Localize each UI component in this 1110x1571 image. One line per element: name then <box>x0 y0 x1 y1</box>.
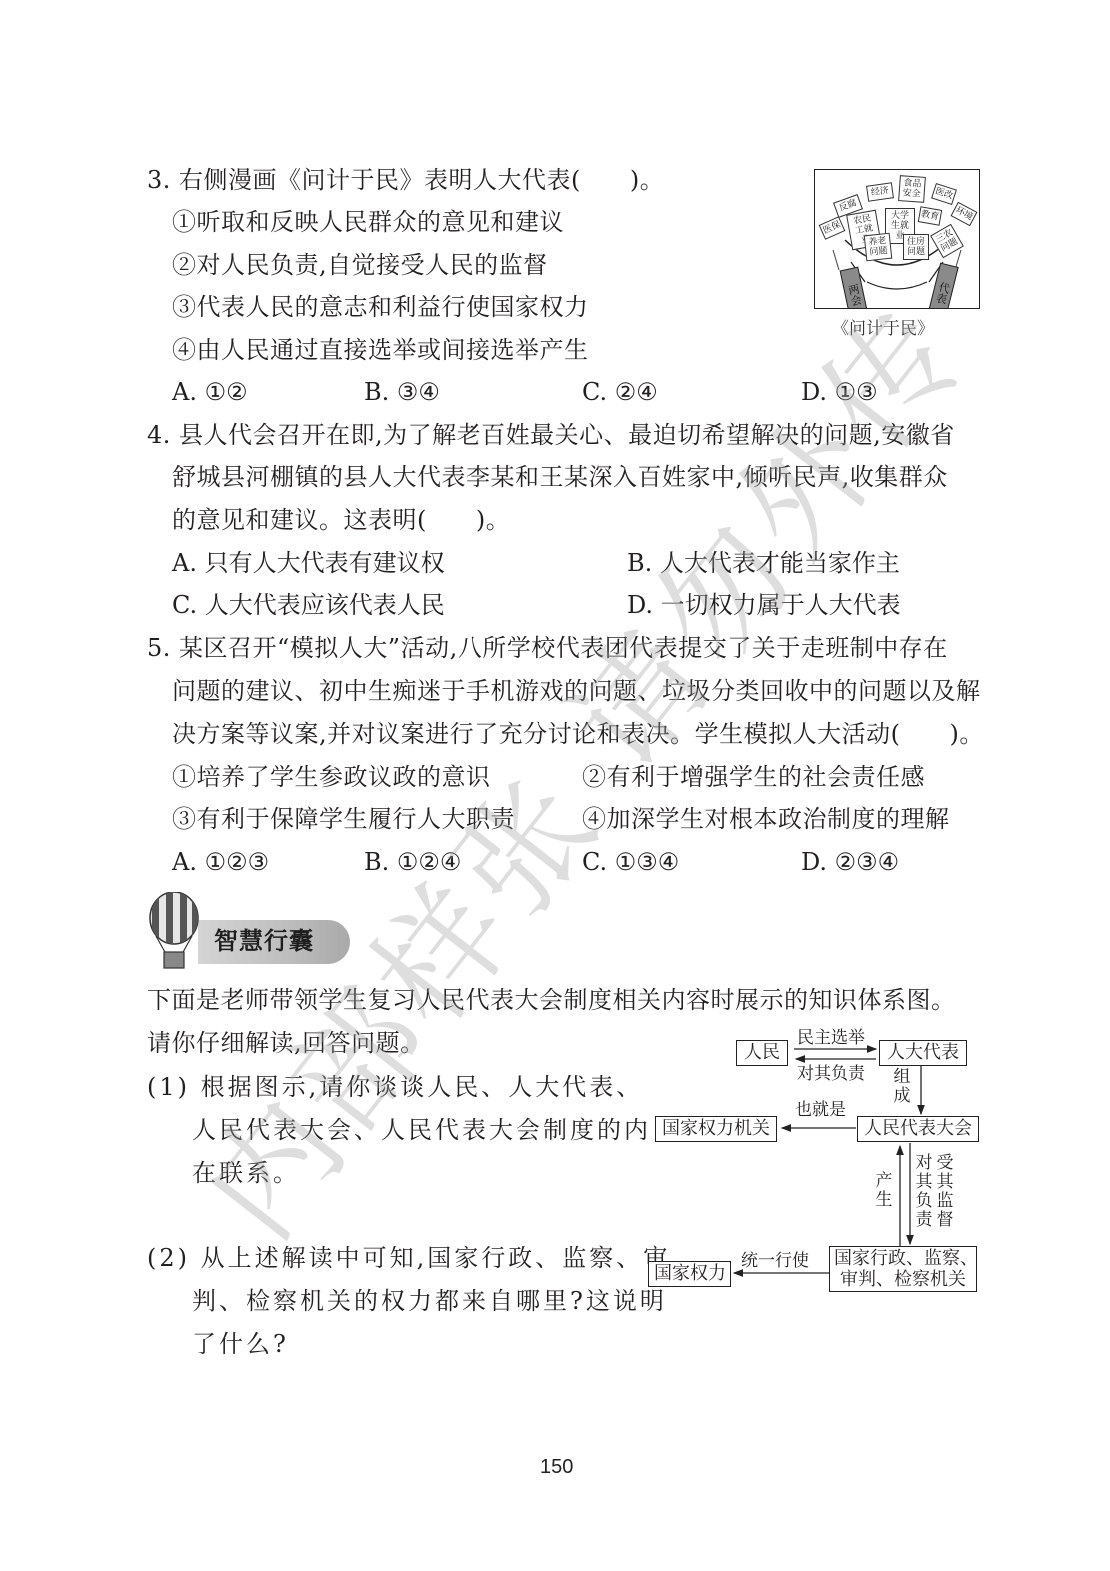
node-state-agencies-line-2: 审判、检察机关 <box>834 1269 972 1290</box>
node-npc: 人民代表大会 <box>857 1116 979 1142</box>
node-state-agencies-line-1: 国家行政、监察、 <box>834 1248 972 1269</box>
label-that-is: 也就是 <box>795 1100 846 1120</box>
node-state-agencies: 国家行政、监察、 审判、检察机关 <box>829 1246 977 1292</box>
node-people: 人民 <box>736 1040 788 1066</box>
label-produce: 产生 <box>874 1172 894 1210</box>
page-number: 150 <box>540 1455 573 1479</box>
label-unified-exercise: 统一行使 <box>741 1251 809 1271</box>
label-compose: 组成 <box>892 1068 912 1106</box>
label-responsible-to: 对其负责 <box>797 1064 865 1084</box>
label-responsible-to-npc: 对其负责 <box>914 1154 934 1230</box>
label-supervised-by: 受其监督 <box>935 1154 955 1230</box>
diagram-arrows-icon <box>0 0 1110 1571</box>
node-deputies: 人大代表 <box>879 1040 967 1066</box>
node-state-power-organ: 国家权力机关 <box>655 1116 777 1142</box>
node-state-power: 国家权力 <box>648 1261 731 1287</box>
label-democratic-election: 民主选举 <box>797 1028 865 1048</box>
